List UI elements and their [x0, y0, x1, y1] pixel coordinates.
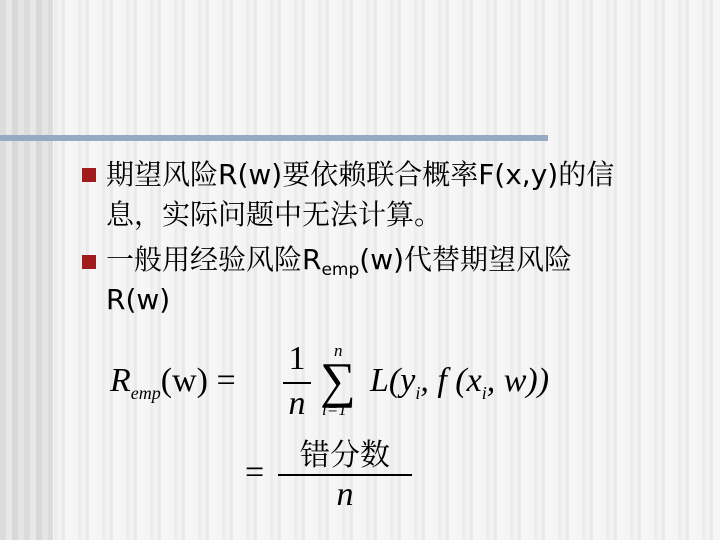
bullet-square-icon [82, 255, 96, 269]
fraction-1-numerator: 1 [283, 340, 311, 378]
title-accent-bar [0, 135, 548, 141]
sum-symbol: ∑ [320, 355, 356, 405]
formula-text: , f (x [420, 362, 481, 399]
formula-text: , w)) [487, 362, 549, 399]
background-left-band [0, 0, 53, 540]
formula-text: n [289, 385, 306, 422]
formula-subscript: i [415, 383, 420, 403]
formula-text: 1 [289, 340, 306, 377]
formula-equals: = [245, 454, 264, 492]
bullet-line: R(w) [106, 283, 170, 316]
formula-text: L(y [370, 362, 415, 399]
fraction-1-denominator: n [283, 385, 311, 423]
fraction-2-denominator: n [278, 476, 412, 514]
formula-text: n [337, 476, 354, 513]
bullet-line: 一般用经验风险R [106, 243, 321, 276]
bullet-square-icon [82, 168, 96, 182]
sum-lower-limit: i=1 [322, 400, 347, 420]
bullet-line: 息，实际问题中无法计算。 [106, 198, 442, 231]
bullet-text: 一般用经验风险Remp(w)代替期望风险R(w) [106, 240, 706, 320]
bullet-line: (w)代替期望风险 [359, 243, 572, 276]
formula-subscript: emp [131, 383, 161, 403]
formula-subscript: i [482, 383, 487, 403]
formula-text: 错分数 [300, 438, 390, 473]
formula-lhs: Remp(w) = [110, 362, 236, 400]
formula-summand: L(yi, f (xi, w)) [370, 362, 549, 400]
subscript: emp [321, 260, 359, 280]
formula-text: (w) = [161, 362, 236, 399]
formula-symbol: R [110, 362, 131, 399]
bullet-line: 期望风险R(w)要依赖联合概率F(x,y)的信 [106, 158, 614, 191]
fraction-1-line [283, 382, 311, 384]
bullet-text: 期望风险R(w)要依赖联合概率F(x,y)的信息，实际问题中无法计算。 [106, 155, 706, 235]
fraction-2-numerator: 错分数 [278, 430, 412, 474]
